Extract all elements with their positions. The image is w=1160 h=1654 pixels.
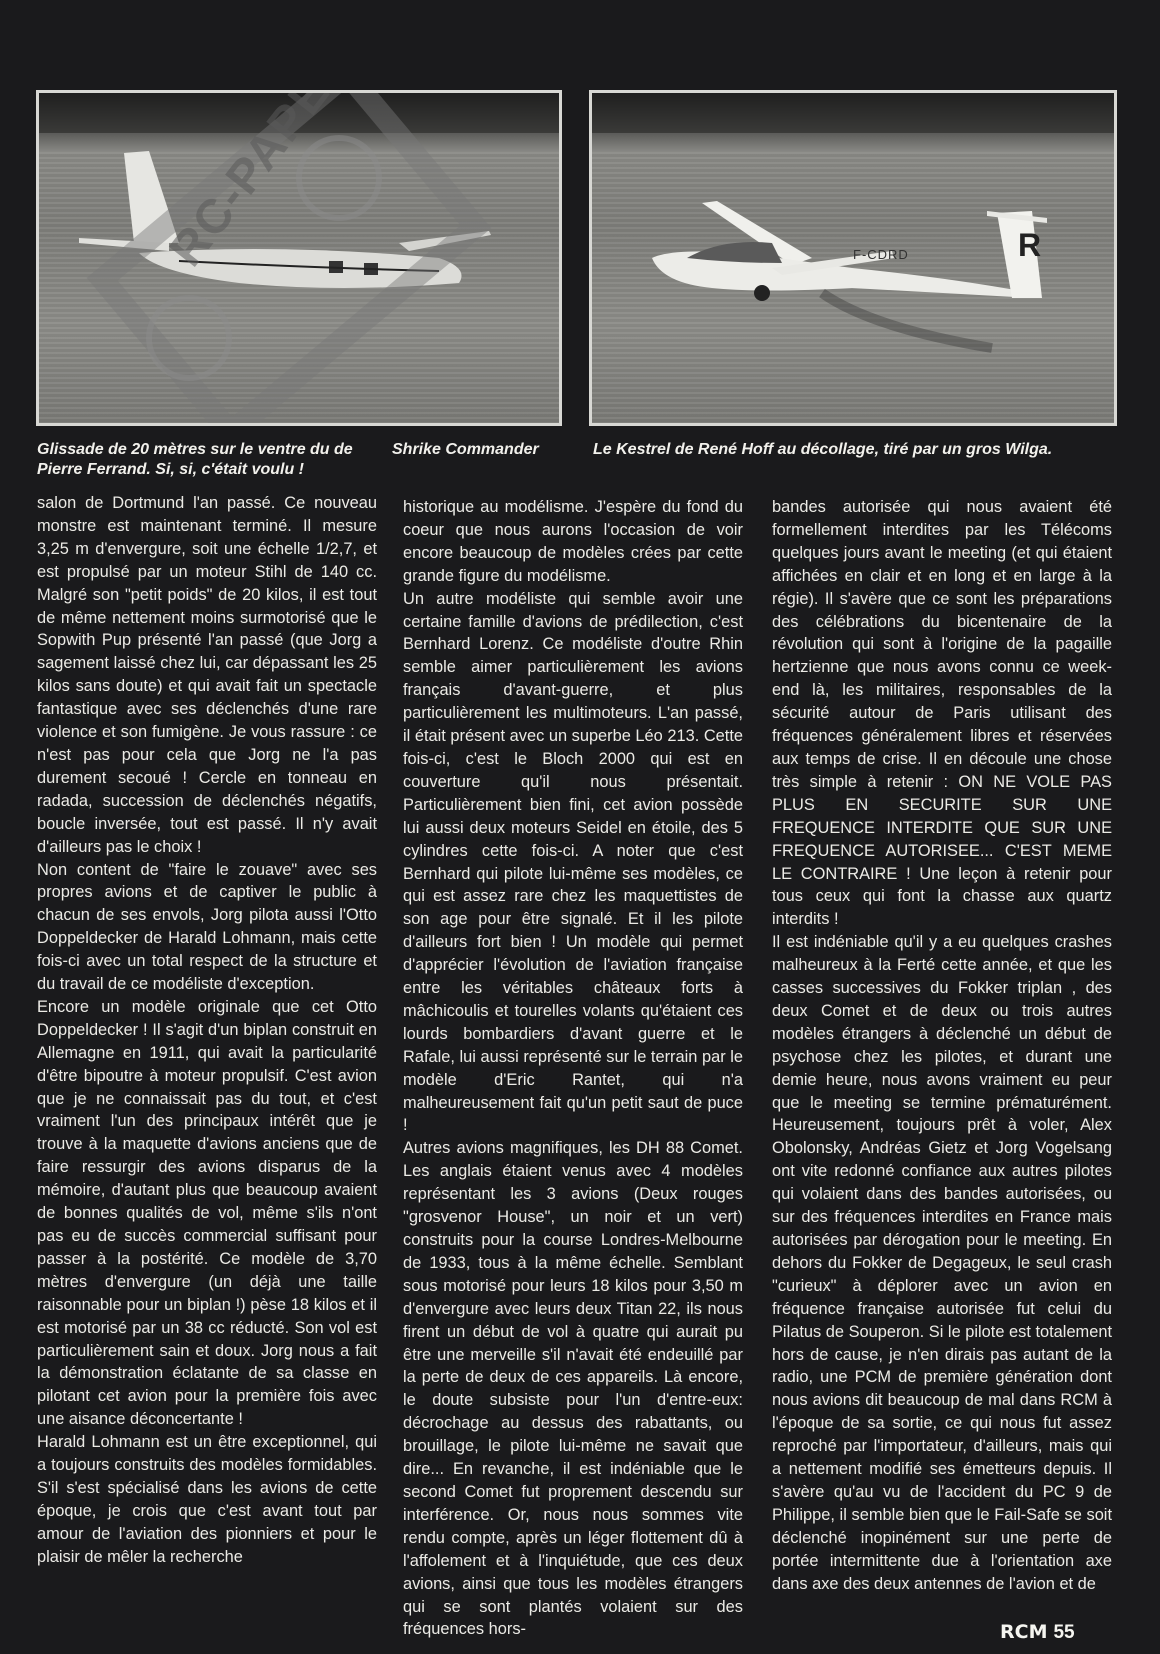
paragraph: Autres avions magnifiques, les DH 88 Com… (403, 1137, 743, 1641)
caption-left-photo: Glissade de 20 mètres sur le ventre du d… (37, 440, 387, 480)
paragraph: Non content de "faire le zouave" avec se… (37, 859, 377, 996)
paragraph: salon de Dortmund l'an passé. Ce nouveau… (37, 492, 377, 859)
page-number: 55 (1053, 1622, 1074, 1643)
paragraph: historique au modélisme. J'espère du fon… (403, 496, 743, 588)
page-footer: RCM55 (1000, 1621, 1075, 1644)
caption-shrike-commander: Shrike Commander (392, 440, 572, 460)
paragraph: Il est indéniable qu'il y a eu quelques … (772, 931, 1112, 1595)
magazine-name: RCM (1000, 1621, 1047, 1643)
glider-fin-letter: R (1018, 227, 1041, 264)
photo-shrike-commander: RC-PAPER.COM (36, 90, 562, 426)
article-column-2: historique au modélisme. J'espère du fon… (403, 496, 743, 1641)
paragraph: Un autre modéliste qui semble avoir une … (403, 588, 743, 1138)
article-column-3: bandes autorisée qui nous avaient été fo… (772, 496, 1112, 1596)
article-column-1: salon de Dortmund l'an passé. Ce nouveau… (37, 492, 377, 1569)
caption-right-photo: Le Kestrel de René Hoff au décollage, ti… (593, 440, 1113, 460)
paragraph: bandes autorisée qui nous avaient été fo… (772, 496, 1112, 931)
glider-registration: F-CDRD (853, 247, 909, 262)
paragraph: Encore un modèle originale que cet Otto … (37, 996, 377, 1431)
paragraph: Harald Lohmann est un être exceptionnel,… (37, 1431, 377, 1568)
photo-kestrel-glider: F-CDRD R (589, 90, 1117, 426)
